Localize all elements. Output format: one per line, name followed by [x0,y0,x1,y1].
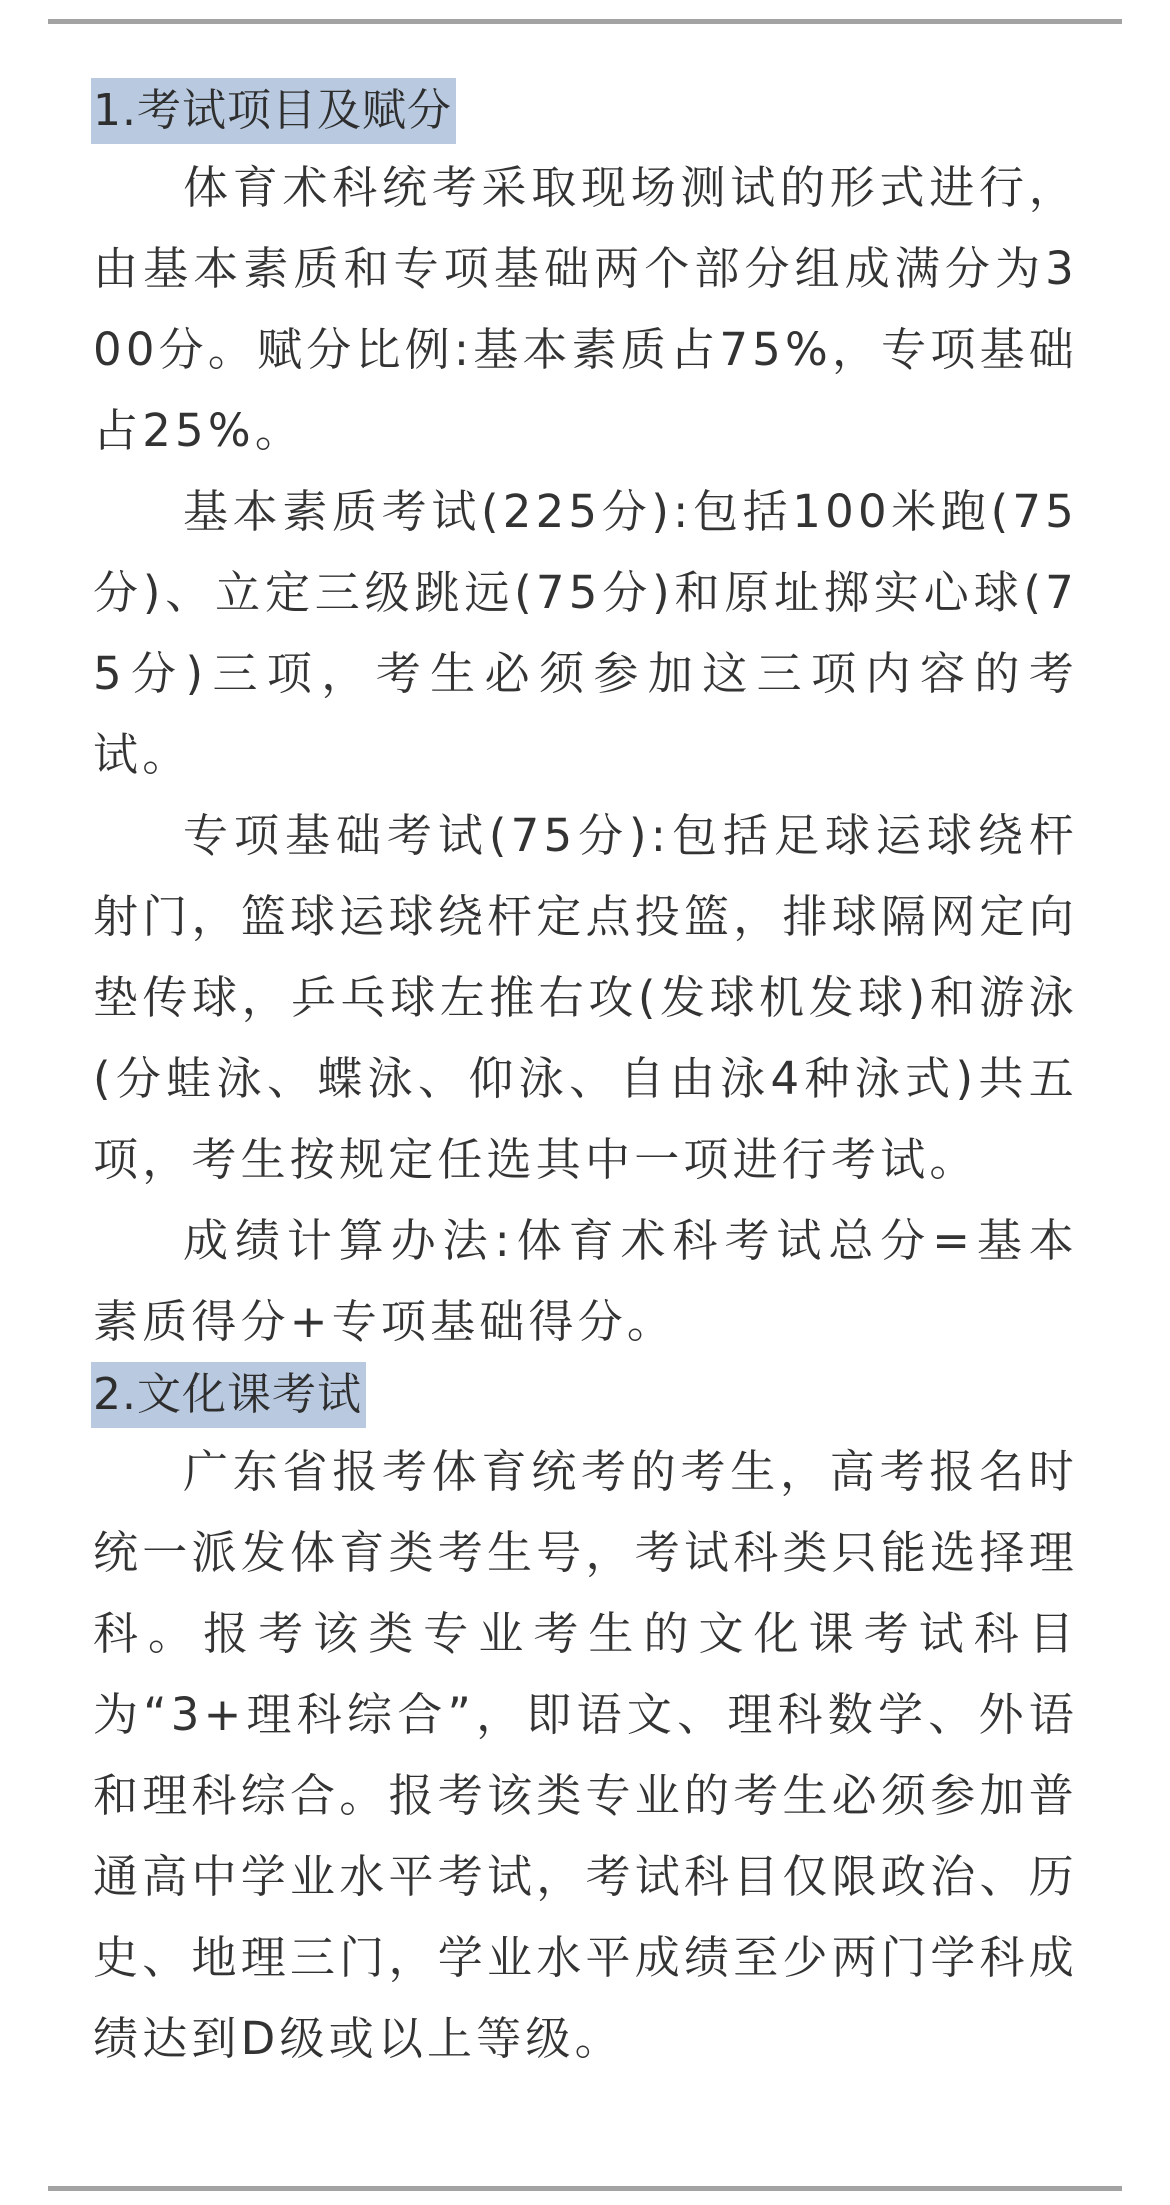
section-heading-exam-items: 1.考试项目及赋分 [91,78,456,144]
article-body: 1.考试项目及赋分 体育术科统考采取现场测试的形式进行，由基本素质和专项基础两个… [93,78,1078,2079]
paragraph-special-skill: 专项基础考试(75分):包括足球运球绕杆射门，篮球运球绕杆定点投篮，排球隔网定向… [93,795,1078,1200]
top-divider [48,19,1122,24]
section-1-heading-wrap: 1.考试项目及赋分 [93,78,1078,144]
section-heading-culture-exam: 2.文化课考试 [91,1362,366,1428]
paragraph-score-calculation: 成绩计算办法:体育术科考试总分=基本素质得分+专项基础得分。 [93,1200,1078,1362]
paragraph-exam-format: 体育术科统考采取现场测试的形式进行，由基本素质和专项基础两个部分组成满分为300… [93,147,1078,471]
paragraph-culture-exam: 广东省报考体育统考的考生，高考报名时统一派发体育类考生号，考试科类只能选择理科。… [93,1431,1078,2079]
section-2-heading-wrap: 2.文化课考试 [93,1362,1078,1428]
bottom-divider [48,2186,1122,2191]
paragraph-basic-quality: 基本素质考试(225分):包括100米跑(75分)、立定三级跳远(75分)和原址… [93,471,1078,795]
